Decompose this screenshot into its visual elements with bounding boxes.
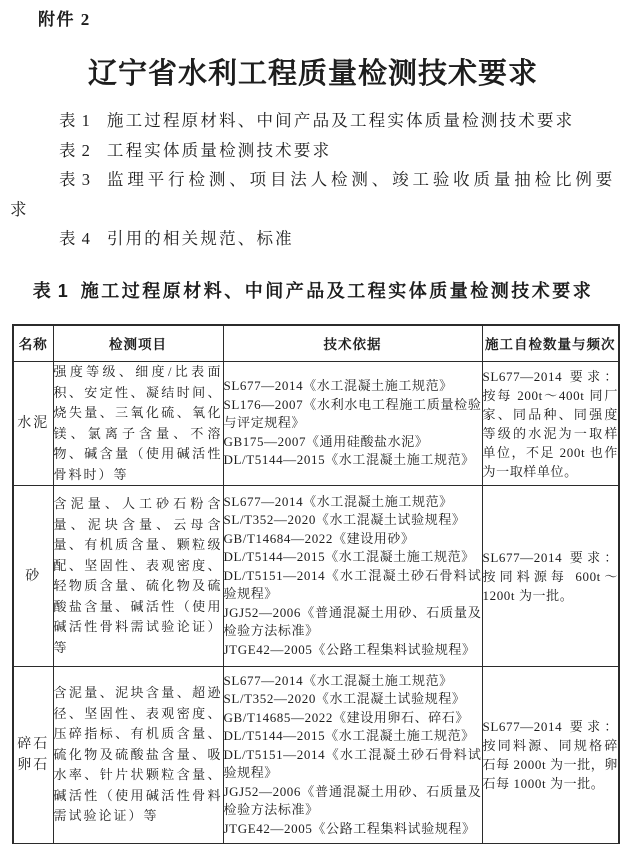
standard-line: JGJ52—2006《普通混凝土用砂、石质量及检验方法标准》: [224, 783, 482, 820]
standard-line: SL176—2007《水利水电工程施工质量检验与评定规程》: [224, 396, 482, 433]
quality-testing-table: 名称 检测项目 技术依据 施工自检数量与频次 水泥 强度等级、细度/比表面积、安…: [12, 324, 620, 844]
standard-line: DL/T5144—2015《水工混凝土施工规范》: [224, 548, 482, 567]
header-cell-items: 检测项目: [53, 325, 223, 362]
toc-item-table1: 表 1施工过程原材料、中间产品及工程实体质量检测技术要求: [10, 106, 616, 136]
cell-basis-sand: SL677—2014《水工混凝土施工规范》 SL/T352—2020《水工混凝土…: [223, 486, 482, 667]
cell-frequency-sand: SL677—2014 要求：按同料源每 600t～1200t 为一批。: [482, 486, 619, 667]
header-cell-name: 名称: [13, 325, 53, 362]
standard-line: GB175—2007《通用硅酸盐水泥》: [224, 433, 482, 452]
cell-basis-cement: SL677—2014《水工混凝土施工规范》 SL176—2007《水利水电工程施…: [223, 362, 482, 486]
cell-name-sand: 砂: [13, 486, 53, 667]
toc-item-label: 表 4: [59, 229, 91, 248]
document-page: 附件 2 辽宁省水利工程质量检测技术要求 表 1施工过程原材料、中间产品及工程实…: [0, 0, 630, 844]
cell-items-sand: 含泥量、人工砂石粉含量、泥块含量、云母含量、有机质含量、颗粒级配、坚固性、表观密…: [53, 486, 223, 667]
table-caption-text: 施工过程原材料、中间产品及工程实体质量检测技术要求: [81, 281, 594, 301]
cell-frequency-gravel: SL677—2014 要求：按同料源、同规格碎石每 2000t 为一批，卵石每 …: [482, 667, 619, 844]
standard-line: SL677—2014《水工混凝土施工规范》: [224, 493, 482, 512]
table-of-contents: 表 1施工过程原材料、中间产品及工程实体质量检测技术要求 表 2工程实体质量检测…: [10, 106, 616, 254]
table-row-sand: 砂 含泥量、人工砂石粉含量、泥块含量、云母含量、有机质含量、颗粒级配、坚固性、表…: [13, 486, 619, 667]
table-caption: 表 1施工过程原材料、中间产品及工程实体质量检测技术要求: [10, 278, 616, 304]
header-cell-frequency: 施工自检数量与频次: [482, 325, 619, 362]
standard-line: SL/T352—2020《水工混凝土试验规程》: [224, 511, 482, 530]
standard-line: GB/T14685—2022《建设用卵石、碎石》: [224, 709, 482, 728]
cell-items-gravel: 含泥量、泥块含量、超逊径、坚固性、表观密度、压碎指标、有机质含量、硫化物及硫酸盐…: [53, 667, 223, 844]
page-title: 辽宁省水利工程质量检测技术要求: [10, 54, 616, 94]
toc-item-label: 表 2: [59, 141, 91, 160]
toc-item-table4: 表 4引用的相关规范、标准: [10, 224, 616, 254]
table-header-row: 名称 检测项目 技术依据 施工自检数量与频次: [13, 325, 619, 362]
toc-item-text: 监理平行检测、项目法人检测、竣工验收质量抽检比例要求: [10, 170, 616, 219]
toc-item-table2: 表 2工程实体质量检测技术要求: [10, 136, 616, 166]
toc-item-text: 施工过程原材料、中间产品及工程实体质量检测技术要求: [107, 111, 575, 130]
table-caption-label: 表 1: [33, 281, 69, 301]
standard-line: GB/T14684—2022《建设用砂》: [224, 530, 482, 549]
standard-line: JTGE42—2005《公路工程集料试验规程》: [224, 820, 482, 839]
toc-item-label: 表 1: [59, 111, 91, 130]
standard-line: SL677—2014《水工混凝土施工规范》: [224, 672, 482, 691]
standard-line: DL/T5151—2014《水工混凝土砂石骨料试验规程》: [224, 746, 482, 783]
standard-line: DL/T5151—2014《水工混凝土砂石骨料试验规程》: [224, 567, 482, 604]
cell-items-cement: 强度等级、细度/比表面积、安定性、凝结时间、烧失量、三氧化硫、氧化镁、氯离子含量…: [53, 362, 223, 486]
table-row-gravel: 碎石卵石 含泥量、泥块含量、超逊径、坚固性、表观密度、压碎指标、有机质含量、硫化…: [13, 667, 619, 844]
standard-line: JTGE42—2005《公路工程集料试验规程》: [224, 641, 482, 660]
cell-basis-gravel: SL677—2014《水工混凝土施工规范》 SL/T352—2020《水工混凝土…: [223, 667, 482, 844]
attachment-label: 附件 2: [38, 8, 616, 32]
standard-line: SL677—2014《水工混凝土施工规范》: [224, 377, 482, 396]
cell-frequency-cement: SL677—2014 要求：按每 200t～400t 同厂家、同品种、同强度等级…: [482, 362, 619, 486]
toc-item-text: 引用的相关规范、标准: [107, 229, 294, 248]
header-cell-basis: 技术依据: [223, 325, 482, 362]
standard-line: DL/T5144—2015《水工混凝土施工规范》: [224, 727, 482, 746]
cell-name-gravel: 碎石卵石: [13, 667, 53, 844]
toc-item-text: 工程实体质量检测技术要求: [107, 141, 331, 160]
table-row-cement: 水泥 强度等级、细度/比表面积、安定性、凝结时间、烧失量、三氧化硫、氧化镁、氯离…: [13, 362, 619, 486]
standard-line: DL/T5144—2015《水工混凝土施工规范》: [224, 451, 482, 470]
standard-line: JGJ52—2006《普通混凝土用砂、石质量及检验方法标准》: [224, 604, 482, 641]
standard-line: SL/T352—2020《水工混凝土试验规程》: [224, 690, 482, 709]
cell-name-cement: 水泥: [13, 362, 53, 486]
toc-item-label: 表 3: [59, 170, 91, 189]
toc-item-table3: 表 3监理平行检测、项目法人检测、竣工验收质量抽检比例要求: [10, 165, 616, 224]
